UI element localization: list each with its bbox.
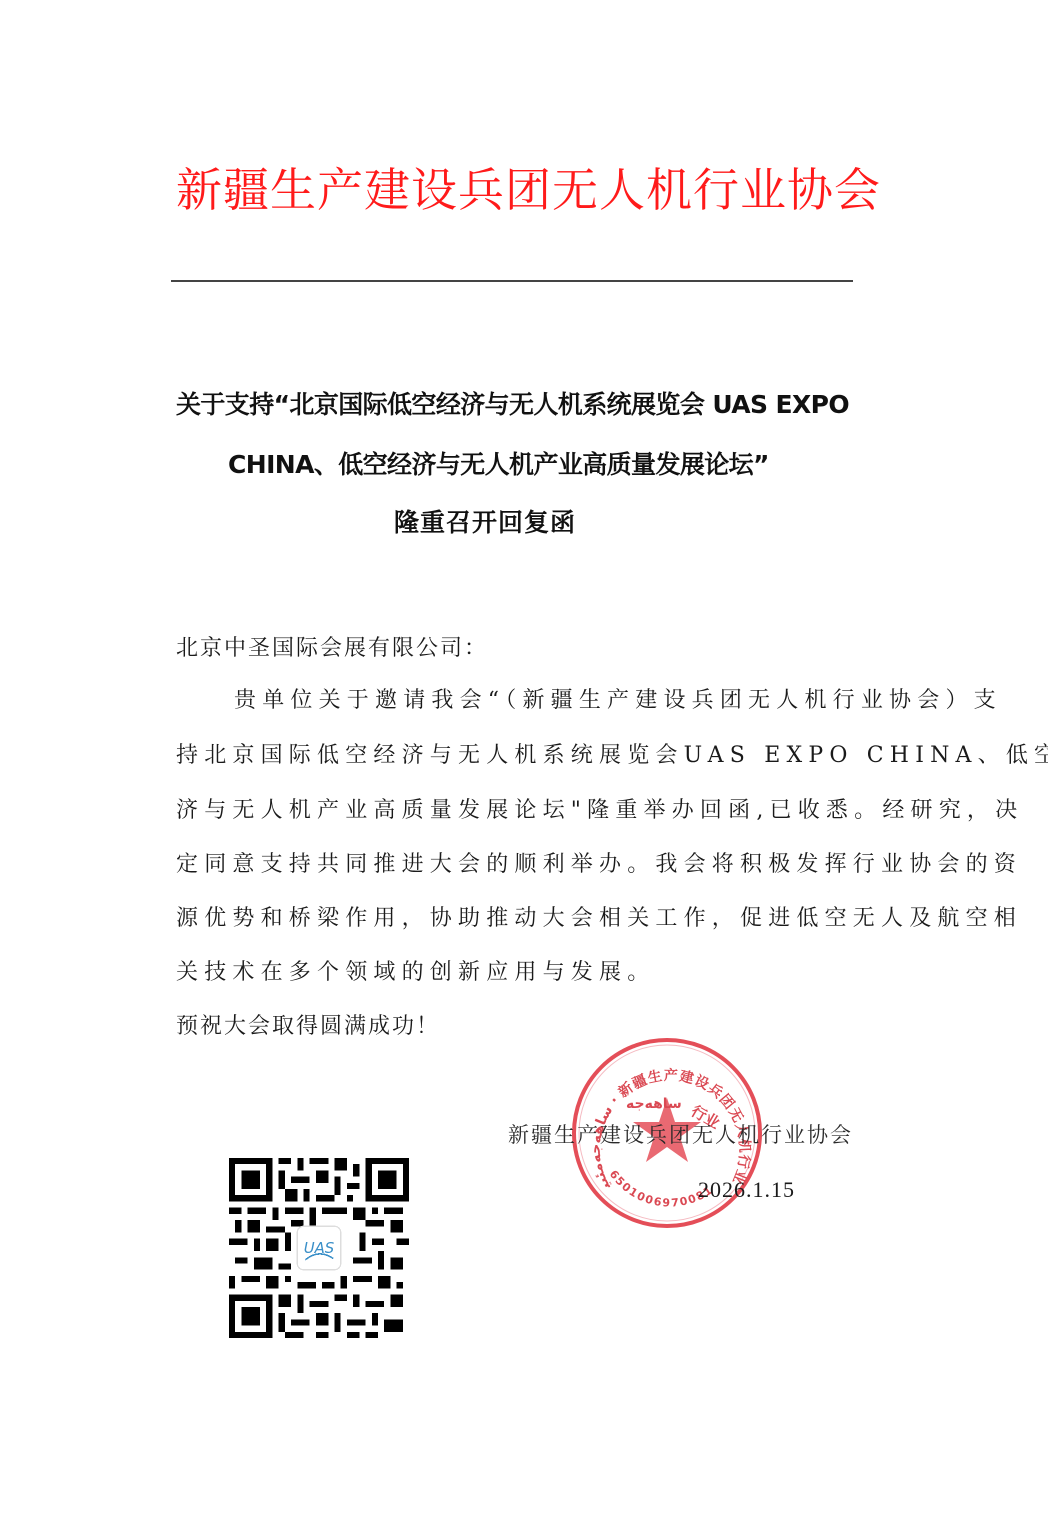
- uas-logo-icon: UAS: [304, 1239, 335, 1260]
- closing-wish: 预祝大会取得圆满成功！: [176, 1012, 886, 1042]
- letter-page: 新疆生产建设兵团无人机行业协会 关于支持“北京国际低空经济与无人机系统展览会 U…: [0, 0, 1048, 1527]
- document-title-line-1: 关于支持“北京国际低空经济与无人机系统展览会 UAS EXPO: [176, 388, 896, 422]
- body-line-6: 关技术在多个领域的创新应用与发展。: [176, 958, 886, 988]
- body-line-2: 持北京国际低空经济与无人机系统展览会UAS EXPO CHINA、低空经: [176, 741, 886, 771]
- salutation: 北京中圣国际会展有限公司：: [176, 634, 886, 664]
- document-title-line-2: CHINA、低空经济与无人机产业高质量发展论坛”: [228, 448, 948, 482]
- signature-date: 2026.1.15: [698, 1177, 795, 1203]
- letterhead-org-name: 新疆生产建设兵团无人机行业协会: [176, 160, 876, 220]
- body-line-3: 济与无人机产业高质量发展论坛"隆重举办回函,已收悉。经研究，决: [176, 796, 886, 826]
- body-line-4: 定同意支持共同推进大会的顺利举办。我会将积极发挥行业协会的资: [176, 850, 886, 880]
- signature-org-name: 新疆生产建设兵团无人机行业协会: [508, 1119, 853, 1149]
- svg-text:ساھەجە: ساھەجە: [626, 1096, 682, 1112]
- body-line-5: 源优势和桥梁作用，协助推动大会相关工作，促进低空无人及航空相: [176, 904, 886, 934]
- qr-code-icon[interactable]: UAS: [229, 1158, 409, 1338]
- document-title-line-3: 隆重召开回复函: [394, 506, 1048, 540]
- letterhead-divider: [171, 280, 853, 282]
- body-line-1: 贵单位关于邀请我会“（新疆生产建设兵团无人机行业协会）支: [176, 686, 886, 716]
